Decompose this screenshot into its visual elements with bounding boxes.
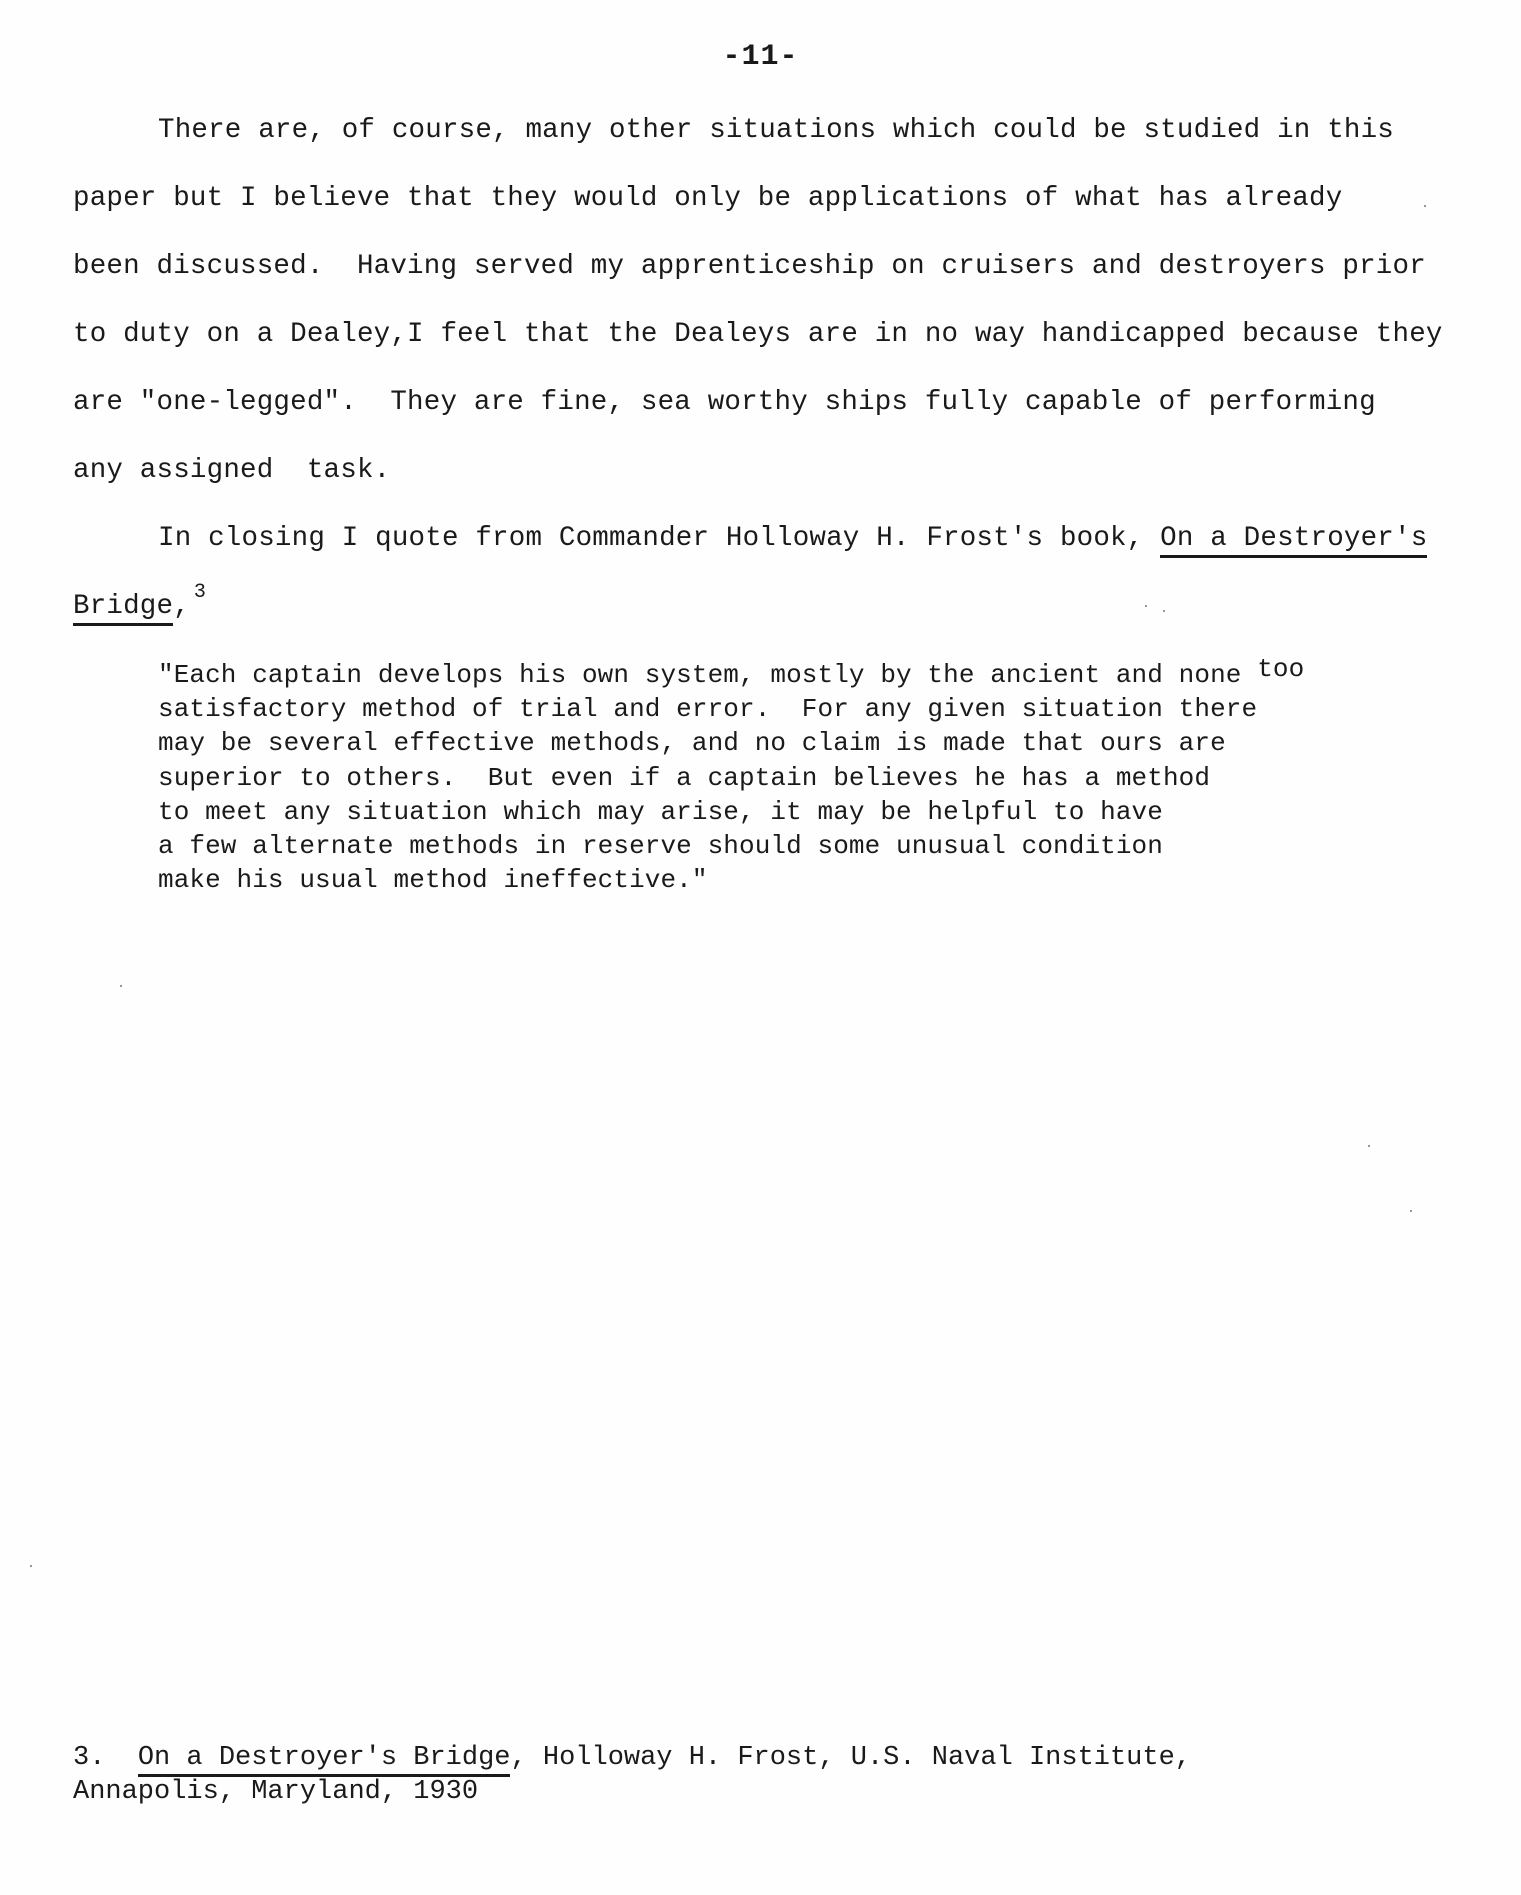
quote-line: to meet any situation which may arise, i…	[158, 799, 1163, 825]
footnote-title: On a Destroyer's Bridge	[138, 1743, 511, 1777]
scan-speck	[1163, 610, 1165, 612]
footnote-line-2: Annapolis, Maryland, 1930	[73, 1779, 478, 1806]
quote-text: "Each captain develops his own system, m…	[158, 660, 1257, 690]
document-page: -11- There are, of course, many other si…	[0, 0, 1521, 1895]
scan-speck	[1145, 605, 1147, 607]
closing-paragraph-line: In closing I quote from Commander Hollow…	[158, 525, 1427, 553]
footnote-reference: 3	[194, 581, 206, 604]
scan-speck	[1368, 1145, 1370, 1147]
body-line: are "one-legged". They are fine, sea wor…	[73, 389, 1376, 417]
quote-line: make his usual method ineffective."	[158, 867, 708, 893]
scan-speck	[120, 985, 122, 987]
scan-speck	[1410, 1210, 1412, 1212]
book-title-underlined: On a Destroyer's	[1160, 523, 1427, 558]
body-line: paper but I believe that they would only…	[73, 185, 1342, 213]
quote-text-raised: too	[1257, 654, 1304, 684]
footnote: 3. On a Destroyer's Bridge, Holloway H. …	[73, 1745, 1191, 1772]
body-line: been discussed. Having served my apprent…	[73, 253, 1426, 281]
body-line: There are, of course, many other situati…	[158, 117, 1394, 145]
body-line: to duty on a Dealey,I feel that the Deal…	[73, 321, 1443, 349]
closing-text: In closing I quote from Commander Hollow…	[158, 523, 1160, 554]
scan-speck	[30, 1565, 32, 1567]
footnote-number: 3.	[73, 1743, 105, 1773]
page-number: -11-	[0, 40, 1521, 74]
body-line: any assigned task.	[73, 457, 390, 485]
quote-line: "Each captain develops his own system, m…	[158, 662, 1304, 688]
closing-paragraph-line: Bridge,3	[73, 593, 206, 621]
quote-line: may be several effective methods, and no…	[158, 730, 1226, 756]
quote-line: superior to others. But even if a captai…	[158, 765, 1210, 791]
book-title-underlined: Bridge	[73, 591, 173, 626]
footnote-citation: , Holloway H. Frost, U.S. Naval Institut…	[510, 1743, 1191, 1773]
comma: ,	[173, 591, 190, 622]
quote-line: satisfactory method of trial and error. …	[158, 696, 1257, 722]
quote-line: a few alternate methods in reserve shoul…	[158, 833, 1163, 859]
scan-speck	[1424, 205, 1426, 207]
